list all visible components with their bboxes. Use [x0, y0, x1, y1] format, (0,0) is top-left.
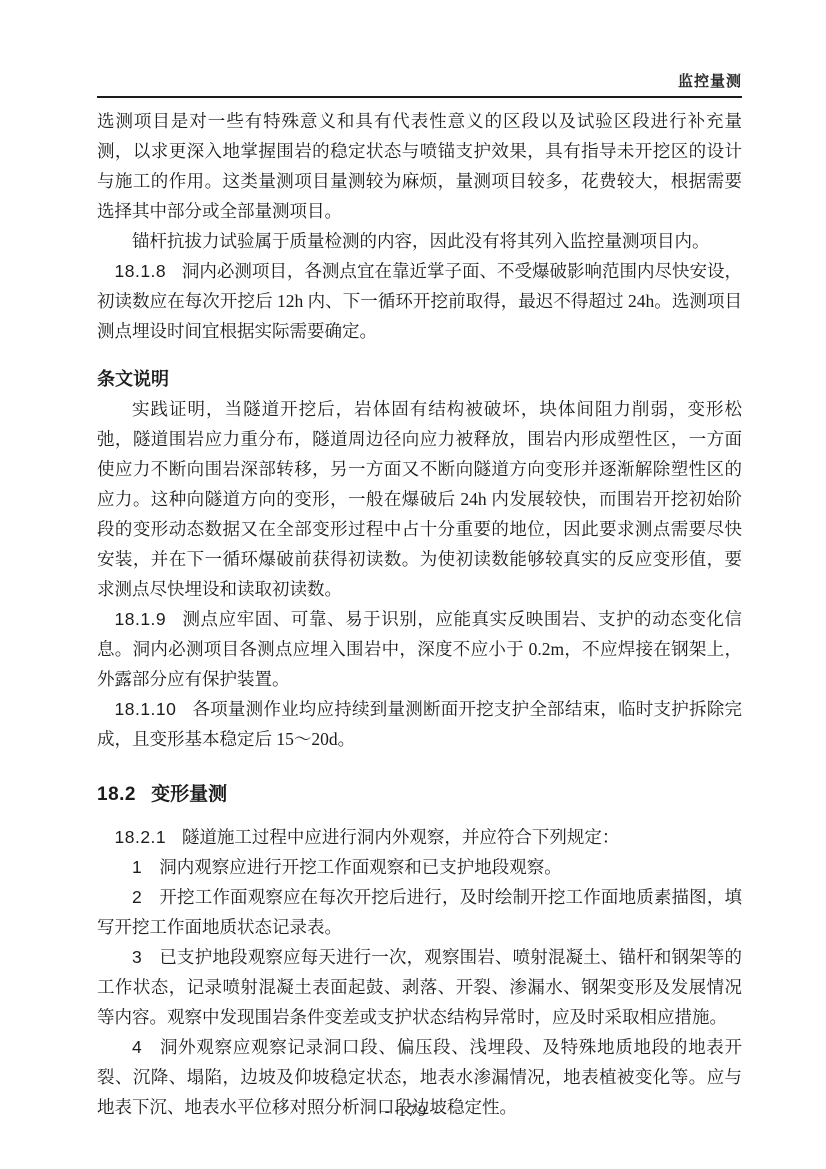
list-item-3: 3已支护地段观察应每天进行一次，观察围岩、喷射混凝土、锚杆和钢架等的工作状态，记… — [97, 942, 742, 1032]
clause-number: 18.1.9 — [115, 609, 167, 629]
clause-text: 洞内必测项目，各测点宜在靠近掌子面、不受爆破影响范围内尽快安设，初读数应在每次开… — [97, 261, 742, 341]
clause-18-1-10: 18.1.10各项量测作业均应持续到量测断面开挖支护全部结束，临时支护拆除完成，… — [97, 694, 742, 754]
clause-18-2-1: 18.2.1隧道施工过程中应进行洞内外观察，并应符合下列规定： — [97, 822, 742, 852]
section-label-explanation: 条文说明 — [97, 364, 742, 394]
list-item-text: 洞内观察应进行开挖工作面观察和已支护地段观察。 — [159, 857, 562, 877]
clause-text: 测点应牢固、可靠、易于识别，应能真实反映围岩、支护的动态变化信息。洞内必测项目各… — [97, 609, 742, 689]
page-header: 监控量测 — [97, 70, 742, 98]
list-item-number: 2 — [132, 887, 142, 907]
clause-text: 隧道施工过程中应进行洞内外观察，并应符合下列规定： — [182, 827, 620, 847]
paragraph-optional-items-commentary: 选测项目是对一些有特殊意义和具有代表性意义的区段以及试验区段进行补充量测，以求更… — [97, 106, 742, 226]
clause-text: 各项量测作业均应持续到量测断面开挖支护全部结束，临时支护拆除完成，且变形基本稳定… — [97, 699, 742, 749]
page-footer: - 179 - — [0, 1103, 826, 1121]
list-item-number: 1 — [132, 857, 142, 877]
page-number: - 179 - — [385, 1103, 442, 1120]
list-item-number: 3 — [132, 947, 142, 967]
document-body: 选测项目是对一些有特殊意义和具有代表性意义的区段以及试验区段进行补充量测，以求更… — [97, 106, 742, 1122]
running-head-title: 监控量测 — [97, 70, 742, 91]
list-item-text: 已支护地段观察应每天进行一次，观察围岩、喷射混凝土、锚杆和钢架等的工作状态，记录… — [97, 947, 742, 1027]
paragraph-practice-commentary: 实践证明，当隧道开挖后，岩体固有结构被破坏，块体间阻力削弱，变形松弛，隧道围岩应… — [97, 394, 742, 604]
section-heading-18-2: 18.2变形量测 — [97, 780, 742, 810]
clause-number: 18.2.1 — [115, 827, 167, 847]
section-title: 变形量测 — [151, 784, 227, 805]
section-number: 18.2 — [97, 784, 136, 805]
clause-number: 18.1.8 — [115, 261, 167, 281]
clause-number: 18.1.10 — [115, 699, 177, 719]
header-rule — [97, 96, 742, 98]
document-page: 监控量测 选测项目是对一些有特殊意义和具有代表性意义的区段以及试验区段进行补充量… — [0, 0, 826, 1169]
clause-18-1-8: 18.1.8洞内必测项目，各测点宜在靠近掌子面、不受爆破影响范围内尽快安设，初读… — [97, 256, 742, 346]
paragraph-anchor-pullout-commentary: 锚杆抗拔力试验属于质量检测的内容，因此没有将其列入监控量测项目内。 — [97, 226, 742, 256]
list-item-1: 1洞内观察应进行开挖工作面观察和已支护地段观察。 — [97, 852, 742, 882]
list-item-text: 开挖工作面观察应在每次开挖后进行，及时绘制开挖工作面地质素描图，填写开挖工作面地… — [97, 887, 742, 937]
list-item-number: 4 — [132, 1037, 142, 1057]
clause-18-1-9: 18.1.9测点应牢固、可靠、易于识别，应能真实反映围岩、支护的动态变化信息。洞… — [97, 604, 742, 694]
list-item-2: 2开挖工作面观察应在每次开挖后进行，及时绘制开挖工作面地质素描图，填写开挖工作面… — [97, 882, 742, 942]
